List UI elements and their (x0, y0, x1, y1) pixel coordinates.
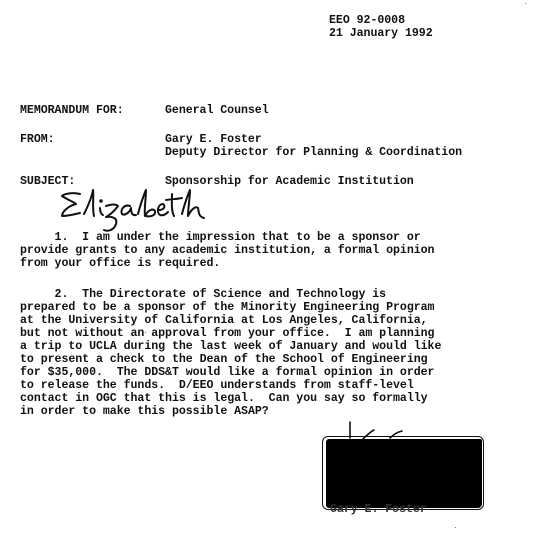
scan-speck (455, 527, 456, 528)
signature-typed-name: Gary E. Foster (330, 503, 427, 516)
scan-speck (145, 332, 146, 333)
handwritten-annotation-elizabeth: Elizabeth (58, 186, 218, 234)
paragraph-line: but not without an approval from your of… (20, 327, 434, 340)
paragraph-line: from your office is required. (20, 257, 220, 270)
scan-speck (525, 3, 526, 4)
paragraph-line: in order to make this possible ASAP? (20, 405, 269, 418)
memorandum-for-label: MEMORANDUM FOR: (20, 104, 124, 117)
paragraph-line: prepared to be a sponsor of the Minority… (20, 301, 434, 314)
paragraph-line: provide grants to any academic instituti… (20, 244, 434, 257)
from-title: Deputy Director for Planning & Coordinat… (165, 146, 462, 159)
from-label: FROM: (20, 133, 55, 146)
paragraph-line: a trip to UCLA during the last week of J… (20, 340, 441, 353)
paragraph-line: for $35,000. The DDS&T would like a form… (20, 366, 434, 379)
paragraph-line: 1. I am under the impression that to be … (20, 231, 421, 244)
from-name: Gary E. Foster (165, 133, 262, 146)
memo-date: 21 January 1992 (329, 27, 433, 40)
paragraph-line: to present a check to the Dean of the Sc… (20, 353, 428, 366)
paragraph-line: to release the funds. D/EEO understands … (20, 379, 414, 392)
paragraph-line: at the University of California at Los A… (20, 314, 428, 327)
memorandum-for-value: General Counsel (165, 104, 269, 117)
paragraph-line: 2. The Directorate of Science and Techno… (20, 288, 386, 301)
reference-number: EEO 92-0008 (329, 14, 405, 27)
paragraph-line: contact in OGC that this is legal. Can y… (20, 392, 428, 405)
redaction-block (326, 439, 482, 508)
scan-speck (290, 300, 291, 301)
